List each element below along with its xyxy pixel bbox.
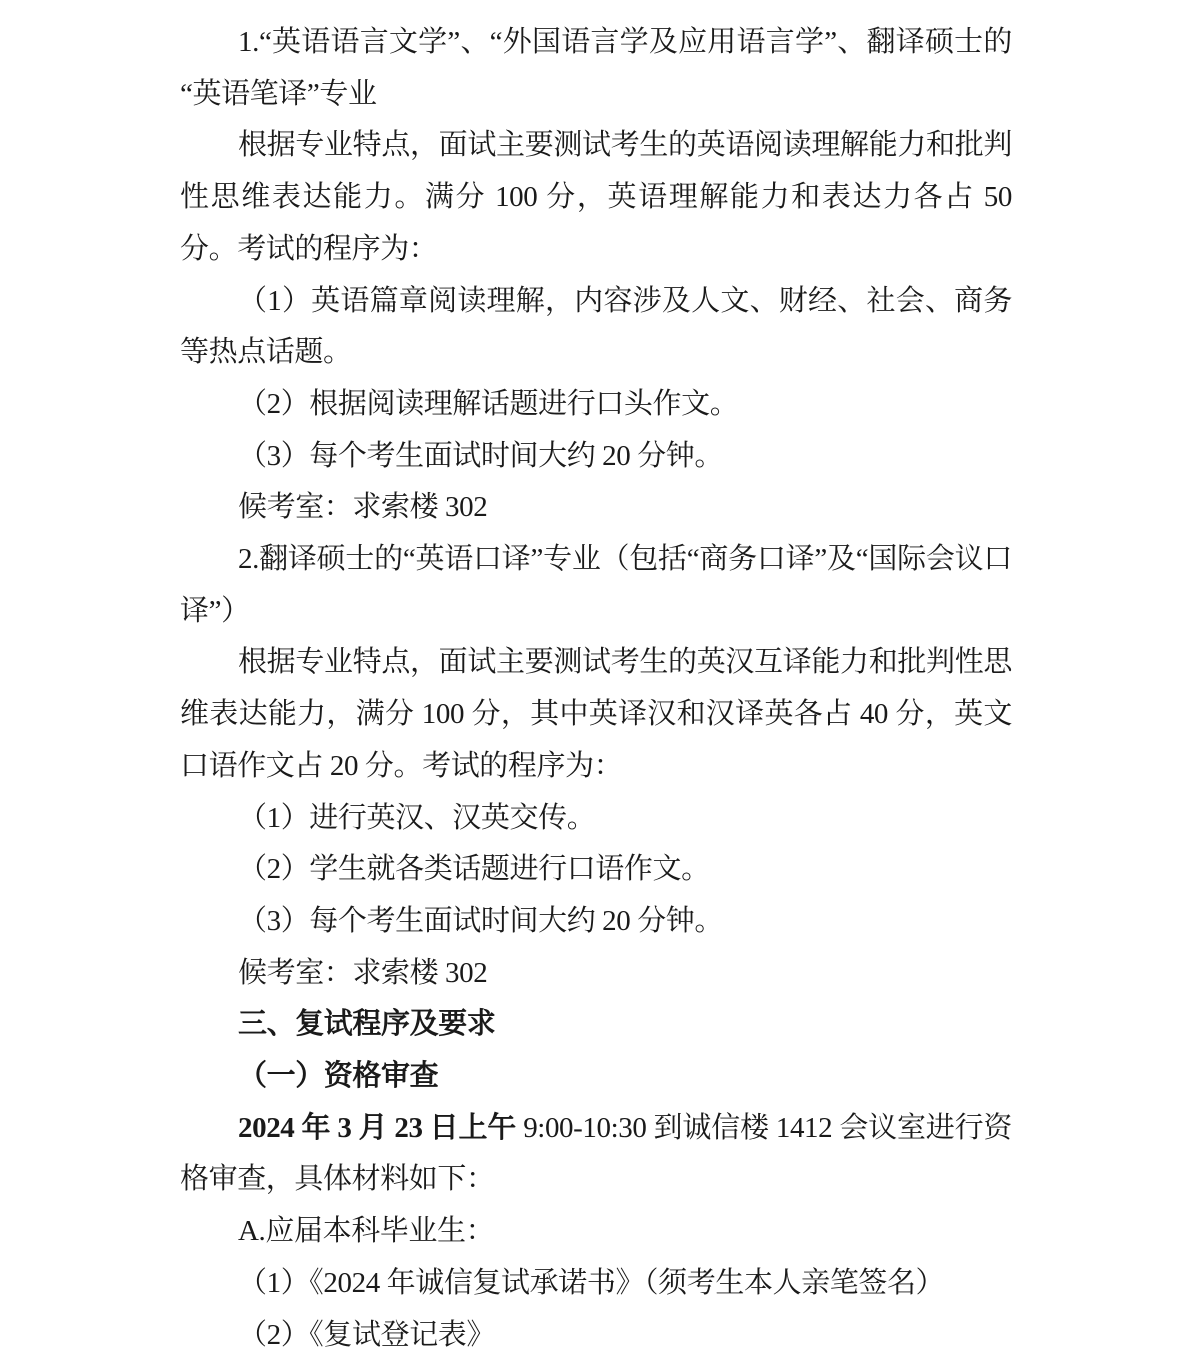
section-heading-procedures: 三、复试程序及要求 — [180, 999, 1012, 1051]
para-major2-description: 根据专业特点，面试主要测试考生的英汉互译能力和批判性思维表达能力，满分 100 … — [180, 637, 1012, 792]
para-major2-step2: （2）学生就各类话题进行口语作文。 — [180, 844, 1012, 896]
para-major1-step3: （3）每个考生面试时间大约 20 分钟。 — [180, 431, 1012, 483]
para-major2-title: 2.翻译硕士的“英语口译”专业（包括“商务口译”及“国际会议口译”） — [180, 534, 1012, 637]
para-material-2: （2）《复试登记表》 — [180, 1310, 1012, 1362]
para-fresh-graduates-label: A.应届本科毕业生： — [180, 1206, 1012, 1258]
para-major1-title: 1.“英语语言文学”、“外国语言学及应用语言学”、翻译硕士的“英语笔译”专业 — [180, 17, 1012, 120]
subsection-heading-qualification-review: （一）资格审查 — [180, 1051, 1012, 1103]
para-major1-step2: （2）根据阅读理解话题进行口头作文。 — [180, 379, 1012, 431]
para-material-1: （1）《2024 年诚信复试承诺书》（须考生本人亲笔签名） — [180, 1258, 1012, 1310]
para-major2-step1: （1）进行英汉、汉英交传。 — [180, 793, 1012, 845]
para-major1-step1: （1）英语篇章阅读理解，内容涉及人文、财经、社会、商务等热点话题。 — [180, 276, 1012, 379]
para-major1-waiting-room: 候考室：求索楼 302 — [180, 482, 1012, 534]
document-page: 1.“英语语言文学”、“外国语言学及应用语言学”、翻译硕士的“英语笔译”专业 根… — [0, 0, 1190, 1368]
para-major2-step3: （3）每个考生面试时间大约 20 分钟。 — [180, 896, 1012, 948]
para-major1-description: 根据专业特点，面试主要测试考生的英语阅读理解能力和批判性思维表达能力。满分 10… — [180, 120, 1012, 275]
para-qualification-datetime: 2024 年 3 月 23 日上午 9:00-10:30 到诚信楼 1412 会… — [180, 1103, 1012, 1206]
para-major2-waiting-room: 候考室：求索楼 302 — [180, 948, 1012, 1000]
qualification-date-bold-text: 2024 年 3 月 23 日上午 — [238, 1112, 516, 1144]
